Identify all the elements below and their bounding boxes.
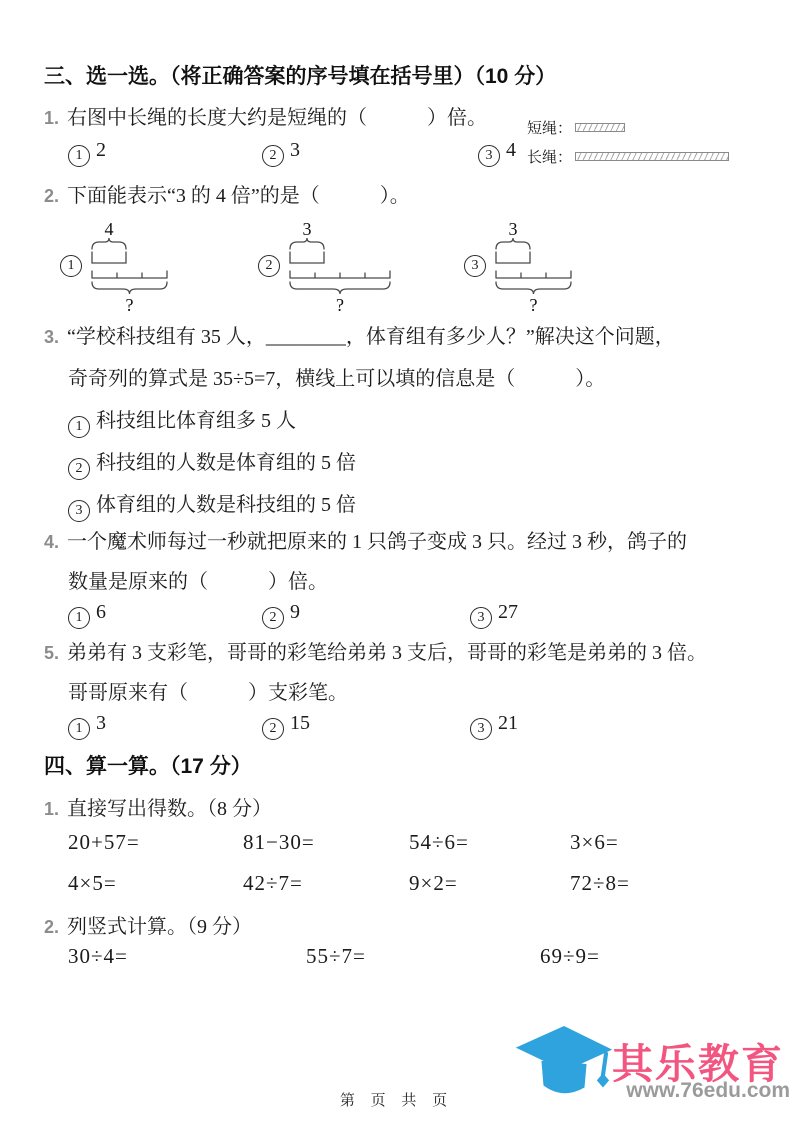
sub1-number: 1. [44,799,59,819]
unit-bar [92,252,126,263]
q3-option-3: 3体育组的人数是科技组的 5 倍 [68,488,356,522]
question-4: 4.一个魔术师每过一秒就把原来的 1 只鸽子变成 3 只。经过 3 秒，鸽子的 [44,525,687,554]
bar-model-diagram: 4 ? [87,221,205,316]
question-mark-label: ? [336,295,344,315]
option-label: 科技组比体育组多 5 人 [96,410,296,432]
question-4-text-line1: 一个魔术师每过一秒就把原来的 1 只鸽子变成 3 只。经过 3 秒，鸽子的 [67,531,687,553]
option-label: 科技组的人数是体育组的 5 倍 [96,452,356,474]
q3-option-2: 2科技组的人数是体育组的 5 倍 [68,446,356,480]
option-label: 21 [498,712,518,734]
arith-problem: 3×6= [570,830,619,855]
short-rope-row: 短绳： [527,117,729,138]
option-label: 4 [506,139,516,161]
question-2-number: 2. [44,186,59,206]
circled-number-icon: 1 [60,255,82,277]
arith-problem: 54÷6= [409,830,469,855]
circled-number-icon: 2 [68,458,90,480]
top-brace [496,238,530,249]
circled-number-icon: 3 [470,718,492,740]
option-label: 9 [290,601,300,623]
question-5-number: 5. [44,643,59,663]
circled-number-icon: 3 [464,255,486,277]
circled-number-icon: 2 [262,607,284,629]
question-mark-label: ? [126,295,134,315]
question-4-text-line2: 数量是原来的（ ）倍。 [68,571,328,593]
bottom-brace [290,282,390,294]
segment-line [92,271,167,278]
page-pagination: 第 页 共 页 [0,1089,793,1110]
q5-option-1: 13 [68,712,106,740]
arith-problem: 81−30= [243,830,315,855]
circled-number-icon: 1 [68,145,90,167]
question-1-text: 右图中长绳的长度大约是短绳的（ ）倍。 [67,107,487,129]
sub2-number: 2. [44,917,59,937]
arith-problem: 9×2= [409,871,458,896]
bar-model-diagram: 3 ? [285,221,428,316]
question-3: 3.“学校科技组有 35 人，________，体育组有多少人？”解决这个问题， [44,320,675,349]
q2-diagram-3: 3 3 ? [464,221,614,316]
arith-problem: 72÷8= [570,871,630,896]
question-3-number: 3. [44,327,59,347]
question-4-line2: 数量是原来的（ ）倍。 [68,565,328,594]
segment-line [496,271,571,278]
q1-option-2: 23 [262,139,300,167]
unit-count-label: 4 [105,221,114,239]
top-brace [92,238,126,249]
section4-sub2-header: 2.列竖式计算。（9 分） [44,910,252,939]
circled-number-icon: 2 [258,255,280,277]
short-rope-label: 短绳： [527,117,572,138]
question-2-text: 下面能表示“3 的 4 倍”的是（ ）。 [67,185,410,207]
q5-option-2: 215 [262,712,310,740]
circled-number-icon: 3 [478,145,500,167]
worksheet-page: 三、选一选。（将正确答案的序号填在括号里）（10 分） 1.右图中长绳的长度大约… [0,0,793,1122]
option-label: 3 [290,139,300,161]
q4-option-3: 327 [470,601,518,629]
bar-model-diagram: 3 ? [491,221,609,316]
bottom-brace [92,282,167,294]
circled-number-icon: 1 [68,718,90,740]
q4-option-1: 16 [68,601,106,629]
question-1-number: 1. [44,108,59,128]
question-2: 2.下面能表示“3 的 4 倍”的是（ ）。 [44,179,410,208]
cap-tassel-cord [603,1054,606,1076]
sub2-text: 列竖式计算。（9 分） [67,916,252,938]
circled-number-icon: 2 [262,718,284,740]
option-label: 3 [96,712,106,734]
q1-option-1: 12 [68,139,106,167]
bottom-brace [496,282,571,294]
q2-diagram-1: 1 4 ? [60,221,210,316]
question-5-line2: 哥哥原来有（ ）支彩笔。 [68,676,348,705]
unit-bar [290,252,324,263]
circled-number-icon: 1 [68,607,90,629]
section4-sub1-header: 1.直接写出得数。（8 分） [44,792,272,821]
arith-problem: 42÷7= [243,871,303,896]
long-rope-row: 长绳： [527,146,729,167]
long-rope-bar [575,152,729,161]
unit-count-label: 3 [509,221,518,239]
question-5-text-line2: 哥哥原来有（ ）支彩笔。 [68,682,348,704]
circled-number-icon: 3 [470,607,492,629]
q1-option-3: 34 [478,139,516,167]
option-label: 6 [96,601,106,623]
rope-figure: 短绳： 长绳： [527,117,729,167]
unit-bar [496,252,530,263]
q3-option-1: 1科技组比体育组多 5 人 [68,404,296,438]
section-3-title: 三、选一选。（将正确答案的序号填在括号里）（10 分） [44,60,556,90]
arith-problem: 4×5= [68,871,117,896]
long-rope-label: 长绳： [527,146,572,167]
question-4-number: 4. [44,532,59,552]
segment-line [290,271,390,278]
question-3-text-line1: “学校科技组有 35 人，________，体育组有多少人？”解决这个问题， [67,326,675,348]
circled-number-icon: 1 [68,416,90,438]
option-label: 15 [290,712,310,734]
question-mark-label: ? [530,295,538,315]
question-5-text-line1: 弟弟有 3 支彩笔，哥哥的彩笔给弟弟 3 支后，哥哥的彩笔是弟弟的 3 倍。 [67,642,707,664]
unit-count-label: 3 [303,221,312,239]
vertical-calc-problem: 55÷7= [306,944,366,969]
option-label: 2 [96,139,106,161]
question-1: 1.右图中长绳的长度大约是短绳的（ ）倍。 [44,101,487,130]
circled-number-icon: 2 [262,145,284,167]
top-brace [290,238,324,249]
circled-number-icon: 3 [68,500,90,522]
vertical-calc-problem: 69÷9= [540,944,600,969]
q4-option-2: 29 [262,601,300,629]
q5-option-3: 321 [470,712,518,740]
section-4-title: 四、算一算。（17 分） [44,750,252,780]
cap-tassel-knob [597,1073,609,1087]
vertical-calc-problem: 30÷4= [68,944,128,969]
question-5: 5.弟弟有 3 支彩笔，哥哥的彩笔给弟弟 3 支后，哥哥的彩笔是弟弟的 3 倍。 [44,636,707,665]
option-label: 27 [498,601,518,623]
q2-diagram-2: 2 3 ? [258,221,408,316]
question-3-line2: 奇奇列的算式是 35÷5=7，横线上可以填的信息是（ ）。 [68,362,605,391]
question-3-text-line2: 奇奇列的算式是 35÷5=7，横线上可以填的信息是（ ）。 [68,368,605,390]
arith-problem: 20+57= [68,830,140,855]
sub1-text: 直接写出得数。（8 分） [67,798,272,820]
short-rope-bar [575,123,625,132]
option-label: 体育组的人数是科技组的 5 倍 [96,494,356,516]
